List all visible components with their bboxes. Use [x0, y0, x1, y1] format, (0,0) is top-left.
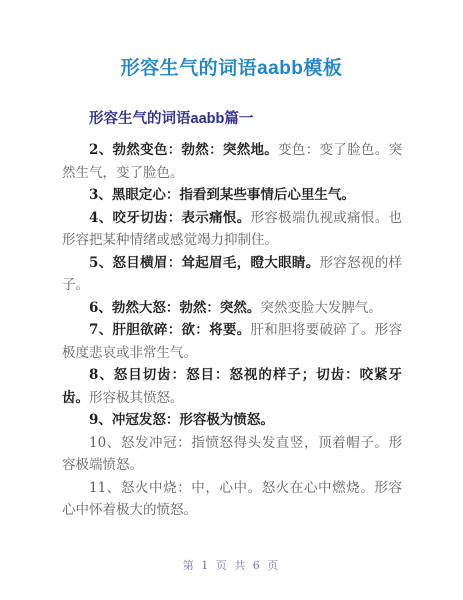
- explanation-text: 10、怒发冲冠：指愤怒得头发直竖，顶着帽子。形容极端愤怒。: [62, 435, 402, 474]
- definition-paragraph: 4、咬牙切齿：表示痛恨。形容极端仇视或痛恨。也形容把某种情绪或感觉竭力抑制住。: [62, 207, 402, 252]
- term-and-gloss-bold: 7、肝胆欲碎：欲：将要。: [89, 322, 251, 338]
- document-body: 2、勃然变色：勃然：突然地。变色：变了脸色。突然生气，变了脸色。3、黑眼定心：指…: [62, 139, 402, 522]
- definition-paragraph: 7、肝胆欲碎：欲：将要。肝和胆将要破碎了。形容极度悲哀或非常生气。: [62, 319, 402, 364]
- term-and-gloss-bold: 4、咬牙切齿：表示痛恨。: [89, 210, 251, 226]
- term-and-gloss-bold: 3、黑眼定心：指看到某些事情后心里生气。: [89, 187, 355, 203]
- definition-paragraph: 3、黑眼定心：指看到某些事情后心里生气。: [62, 184, 402, 207]
- definition-paragraph: 11、怒火中烧：中，心中。怒火在心中燃烧。形容心中怀着极大的愤怒。: [62, 477, 402, 522]
- explanation-text: 形容极其愤怒。: [89, 390, 184, 406]
- document-page: 形容生气的词语aabb模板 形容生气的词语aabb篇一 2、勃然变色：勃然：突然…: [0, 0, 463, 600]
- term-and-gloss-bold: 9、冲冠发怒：形容极为愤怒。: [89, 412, 274, 428]
- page-title: 形容生气的词语aabb模板: [0, 0, 463, 80]
- term-and-gloss-bold: 6、勃然大怒：勃然：突然。: [89, 300, 260, 316]
- explanation-text: 突然变脸大发脾气。: [260, 300, 382, 316]
- definition-paragraph: 8、怒目切齿：怒目：怒视的样子；切齿：咬紧牙齿。形容极其愤怒。: [62, 364, 402, 409]
- term-and-gloss-bold: 5、怒目横眉：耸起眉毛，瞪大眼睛。: [89, 255, 320, 271]
- term-and-gloss-bold: 2、勃然变色：勃然：突然地。: [89, 142, 278, 158]
- page-number-footer: 第 1 页 共 6 页: [0, 557, 463, 573]
- definition-paragraph: 6、勃然大怒：勃然：突然。突然变脸大发脾气。: [62, 297, 402, 320]
- section-heading: 形容生气的词语aabb篇一: [89, 107, 463, 128]
- definition-paragraph: 9、冲冠发怒：形容极为愤怒。: [62, 409, 402, 432]
- definition-paragraph: 10、怒发冲冠：指愤怒得头发直竖，顶着帽子。形容极端愤怒。: [62, 432, 402, 477]
- explanation-text: 11、怒火中烧：中，心中。怒火在心中燃烧。形容心中怀着极大的愤怒。: [62, 480, 402, 519]
- definition-paragraph: 2、勃然变色：勃然：突然地。变色：变了脸色。突然生气，变了脸色。: [62, 139, 402, 184]
- definition-paragraph: 5、怒目横眉：耸起眉毛，瞪大眼睛。形容怒视的样子。: [62, 252, 402, 297]
